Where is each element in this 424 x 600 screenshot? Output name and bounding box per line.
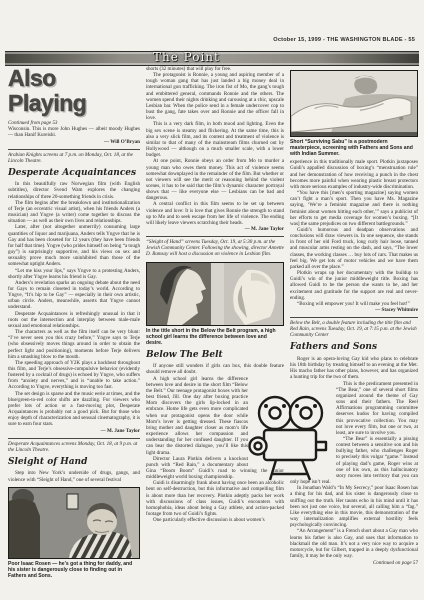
divider: [8, 438, 140, 439]
section-banner: The Point: [5, 51, 419, 66]
photo-isaac-rosen: [8, 487, 140, 559]
body-paragraph: The characters as well as the film itsel…: [8, 329, 140, 360]
screening-note: “Sleight of Hand” screens Tuesday, Oct. …: [146, 239, 284, 257]
section-title-fathers-and-sons: Fathers and Sons: [290, 342, 418, 353]
body-paragraph: Roger is an opera-loving Gay kid who pla…: [290, 356, 418, 381]
photo-caption: Poor Isaac Rosen — he’s got a thing for …: [8, 561, 140, 579]
body-paragraph: Anders’s revelation sparks an ongoing de…: [8, 280, 140, 311]
body-paragraph: The protagonist is Ronnie, a young and a…: [146, 72, 284, 121]
right-column: Short “Surviving Sabu” is a postmodern m…: [290, 66, 418, 596]
middle-column: shorts (32 minutes) that will play for f…: [146, 66, 284, 596]
byline: — M. Jane Taylor: [146, 226, 284, 233]
banner-title: The Point: [153, 50, 220, 64]
divider: [146, 236, 284, 237]
divider: [8, 149, 140, 150]
body-paragraph: At one point, Ronnie obeys an order from…: [146, 158, 284, 201]
page-headline: Also Playing: [8, 66, 140, 116]
photo-isaac-rosen-image: [9, 488, 139, 558]
photo-below-the-belt-image: [147, 263, 283, 325]
body-paragraph: If anyone still wonders if girls can box…: [146, 363, 284, 375]
body-paragraph: Guidi’s humorous and deadpan observation…: [290, 227, 418, 270]
body-paragraph: experience in this traditionally male sp…: [290, 159, 418, 190]
body-paragraph: A central conflict in this film seems to…: [146, 201, 284, 226]
screening-note: Below the Belt, a double feature includi…: [290, 320, 418, 338]
body-paragraph: In Jonathan Wald’s “In My Secrecy,” poor…: [290, 485, 418, 528]
masthead: October 15, 1999 - THE WASHINGTON BLADE …: [273, 37, 415, 43]
screening-note: Arabian Knights screens at 7 p.m. on Mon…: [8, 152, 140, 164]
byline: — M. Jane Taylor: [8, 428, 140, 435]
photo-surviving-sabu: [290, 70, 418, 137]
byline: — Stacey Whitmire: [290, 307, 418, 314]
divider: [290, 317, 418, 318]
body-paragraph: Desperate Acquaintances is refreshingly …: [8, 311, 140, 329]
body-paragraph: “An Arrangement” is a French short about…: [290, 528, 418, 559]
body-paragraph: Plotkin wraps up her documentary with th…: [290, 270, 418, 301]
body-paragraph: In this beautifully raw Norwegian film (…: [8, 181, 140, 199]
body-paragraph: “Let me kiss your lips,” says Yngve to a…: [8, 268, 140, 280]
continued-on-note: Continued on page 57: [290, 560, 418, 567]
section-title-sleight-of-hand: Sleight of Hand: [8, 457, 140, 468]
body-paragraph: One particularly effective discussion is…: [146, 517, 284, 523]
body-paragraph: The set design is sparse and the music e…: [8, 391, 140, 428]
section-title-desperate-acquaintances: Desperate Acquaintances: [8, 168, 140, 179]
body-paragraph: This is a very dark film, in both mood a…: [146, 121, 284, 158]
newspaper-page: October 15, 1999 - THE WASHINGTON BLADE …: [0, 0, 424, 600]
movie-camera-illustration: [248, 392, 334, 484]
byline: — Will O’Bryan: [8, 139, 140, 146]
photo-surviving-sabu-image: [291, 71, 417, 136]
body-paragraph: The film begins after the breakdown and …: [8, 200, 140, 225]
section-title-below-the-belt: Below The Belt: [146, 350, 284, 361]
left-column: Also Playing Continued from page 53 Wisc…: [8, 66, 140, 596]
photo-below-the-belt: [146, 262, 284, 326]
body-paragraph: Guidi is disarmingly frank about having …: [146, 480, 284, 517]
body-paragraph: Later, after (not altogether unmerrily) …: [8, 224, 140, 267]
body-paragraph: Wisconsin. This is more John Hughes — al…: [8, 126, 140, 138]
photo-caption: In the title short in the Below the Belt…: [146, 328, 284, 346]
screening-note: Desperate Acquaintances screens Monday, …: [8, 441, 140, 453]
body-paragraph: “You have this [men’s sporting magazine]…: [290, 190, 418, 227]
photo-caption: Short “Surviving Sabu” is a postmodern m…: [290, 139, 418, 157]
body-paragraph: Step into New York’s underside of drugs,…: [8, 470, 140, 482]
body-paragraph: The speeding approach of Y2K plays a bac…: [8, 360, 140, 391]
